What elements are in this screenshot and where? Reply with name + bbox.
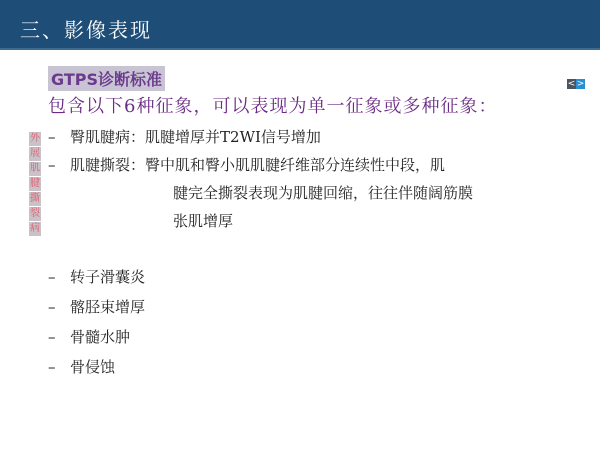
side-char: 肌: [29, 162, 41, 176]
slide-title: 三、影像表现: [20, 14, 152, 43]
list-item: –转子滑囊炎: [48, 266, 145, 287]
list-item: –骨侵蚀: [48, 356, 115, 377]
subtitle: GTPS诊断标准: [48, 66, 165, 91]
side-label: 外 展 肌 腱 撕 裂 病: [29, 132, 41, 237]
side-char: 外: [29, 132, 41, 146]
item-label: 骨侵蚀: [70, 358, 115, 376]
list-item: –髂胫束增厚: [48, 296, 145, 317]
intro-text: 包含以下6种征象，可以表现为单一征象或多种征象：: [48, 92, 497, 118]
item-label: 臀肌腱病：: [70, 128, 145, 146]
item-text: 肌腱增厚并T2WI信号增加: [145, 128, 321, 146]
prev-arrow-icon[interactable]: <: [567, 79, 576, 89]
header-bar: 三、影像表现: [0, 0, 600, 50]
side-char: 展: [29, 147, 41, 161]
item-label: 肌腱撕裂：: [70, 156, 145, 174]
item-text: 臀中肌和臀小肌肌腱纤维部分连续性中段，肌: [145, 156, 445, 174]
item-label: 转子滑囊炎: [70, 268, 145, 286]
list-item: –骨髓水肿: [48, 326, 130, 347]
side-char: 病: [29, 222, 41, 236]
item-text-cont: 腱完全撕裂表现为肌腱回缩，往往伴随阔筋膜: [173, 182, 473, 203]
item-label: 骨髓水肿: [70, 328, 130, 346]
side-char: 裂: [29, 207, 41, 221]
next-arrow-icon[interactable]: >: [576, 79, 585, 89]
side-char: 撕: [29, 192, 41, 206]
list-item: –肌腱撕裂：臀中肌和臀小肌肌腱纤维部分连续性中段，肌: [48, 154, 445, 175]
item-label: 髂胫束增厚: [70, 298, 145, 316]
side-char: 腱: [29, 177, 41, 191]
slide-nav: < >: [567, 79, 585, 89]
item-text-cont: 张肌增厚: [173, 210, 233, 231]
list-item: –臀肌腱病：肌腱增厚并T2WI信号增加: [48, 126, 321, 147]
